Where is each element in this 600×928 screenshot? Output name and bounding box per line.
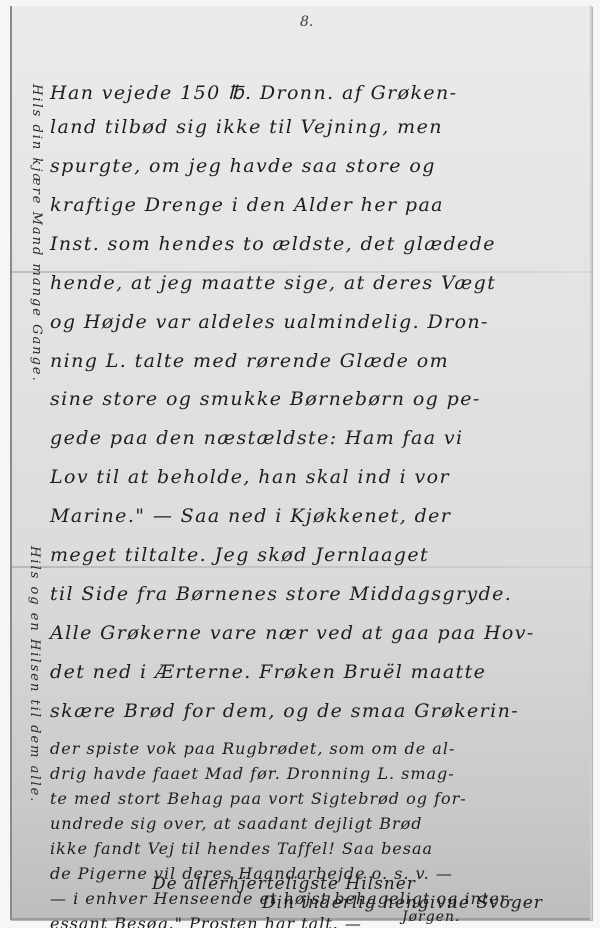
body-line: til Side fra Børnenes store Middagsgryde…: [50, 583, 512, 605]
body-line: meget tiltalte. Jeg skød Jernlaaget: [50, 544, 429, 566]
scanned-page: 8. Hils din kjære Mand mange Gange. Hils…: [0, 0, 600, 928]
body-line: land tilbød sig ikke til Vejning, men: [50, 116, 443, 138]
body-line: ning L. talte med rørende Glæde om: [50, 350, 449, 372]
body-line: og Højde var aldeles ualmindelig. Dron-: [50, 311, 489, 333]
body-line: det ned i Ærterne. Frøken Bruël maatte: [50, 661, 486, 683]
margin-note-bottom: Hils og en Hilsen til dem alle.: [27, 546, 42, 804]
body-line: gede paa den næstældste: Ham faa vi: [50, 427, 464, 449]
body-line: skære Brød for dem, og de smaa Grøkerin-: [50, 700, 519, 722]
body-line: te med stort Behag paa vort Sigtebrød og…: [50, 789, 467, 808]
body-line: sine store og smukke Børnebørn og pe-: [50, 388, 481, 410]
body-line: ikke fandt Vej til hendes Taffel! Saa be…: [50, 839, 433, 858]
body-line: undrede sig over, at saadant dejligt Brø…: [50, 814, 423, 833]
signature: Jørgen.: [402, 909, 460, 925]
body-line: Marine." — Saa ned i Kjøkkenet, der: [50, 505, 451, 527]
margin-note-top: Hils din kjære Mand mange Gange.: [29, 84, 44, 383]
body-line: drig havde faaet Mad før. Dronning L. sm…: [50, 764, 455, 783]
body-line: Lov til at beholde, han skal ind i vor: [50, 466, 450, 488]
body-line: Han vejede 150 ℔. Dronn. af Grøken-: [50, 82, 457, 104]
body-line: essant Besøg." Prosten har talt. —: [50, 914, 362, 928]
paper-fold-line: [12, 566, 592, 568]
body-line: spurgte, om jeg havde saa store og: [50, 155, 436, 177]
letter-paper: 8. Hils din kjære Mand mange Gange. Hils…: [10, 6, 592, 920]
body-line: kraftige Drenge i den Alder her paa: [50, 194, 444, 216]
body-line: hende, at jeg maatte sige, at deres Vægt: [50, 272, 496, 294]
closing-greeting: De allerhjerteligste Hilsner: [152, 874, 416, 894]
body-line: Alle Grøkerne vare nær ved at gaa paa Ho…: [50, 622, 535, 644]
body-line: Inst. som hendes to ældste, det glædede: [50, 233, 496, 255]
body-line: der spiste vok paa Rugbrødet, som om de …: [50, 739, 455, 758]
page-number: 8.: [300, 14, 313, 30]
